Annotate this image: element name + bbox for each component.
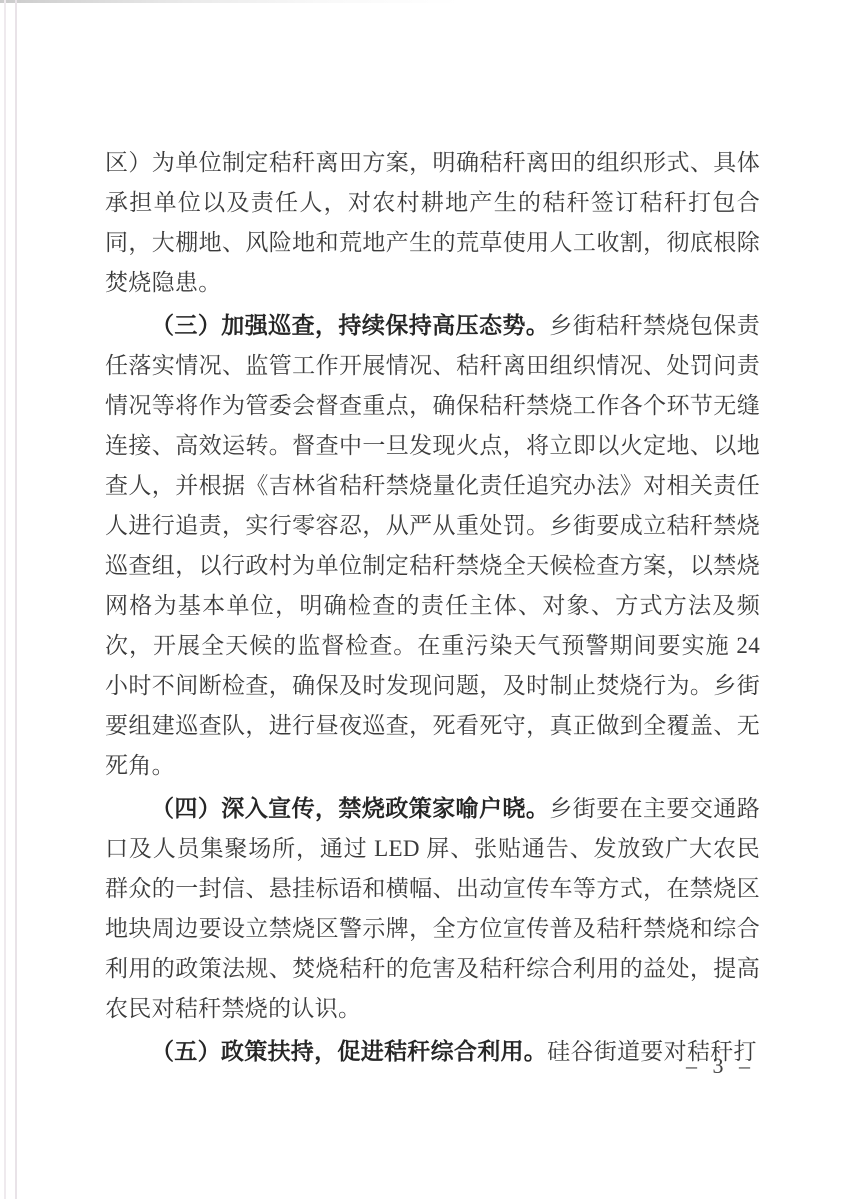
- paragraph-text: 乡街秸秆禁烧包保责任落实情况、监管工作开展情况、秸秆离田组织情况、处罚问责情况等…: [105, 313, 760, 778]
- paragraph-lead: （三）加强巡查，持续保持高压态势。: [151, 313, 549, 338]
- scan-artifact-top-smear: [0, 0, 460, 3]
- scan-artifact-edge-line-left: [4, 0, 6, 1199]
- paragraph-item-3: （三）加强巡查，持续保持高压态势。乡街秸秆禁烧包保责任落实情况、监管工作开展情况…: [105, 306, 760, 786]
- paragraph-item-4: （四）深入宣传，禁烧政策家喻户晓。乡街要在主要交通路口及人员集聚场所，通过 LE…: [105, 789, 760, 1029]
- scan-artifact-edge-line-inner: [15, 0, 17, 1199]
- paragraph-continued: 区）为单位制定秸秆离田方案，明确秸秆离田的组织形式、具体承担单位以及责任人，对农…: [105, 143, 760, 303]
- paragraph-item-5: （五）政策扶持，促进秸秆综合利用。硅谷街道要对秸秆打: [105, 1032, 760, 1072]
- paragraph-text: 区）为单位制定秸秆离田方案，明确秸秆离田的组织形式、具体承担单位以及责任人，对农…: [105, 150, 760, 295]
- paragraph-lead: （四）深入宣传，禁烧政策家喻户晓。: [151, 796, 549, 821]
- paragraph-text: 乡街要在主要交通路口及人员集聚场所，通过 LED 屏、张贴通告、发放致广大农民群…: [105, 796, 760, 1021]
- document-body: 区）为单位制定秸秆离田方案，明确秸秆离田的组织形式、具体承担单位以及责任人，对农…: [105, 143, 760, 1075]
- paragraph-lead: （五）政策扶持，促进秸秆综合利用。: [151, 1039, 547, 1064]
- page-number: – 3 –: [686, 1053, 755, 1079]
